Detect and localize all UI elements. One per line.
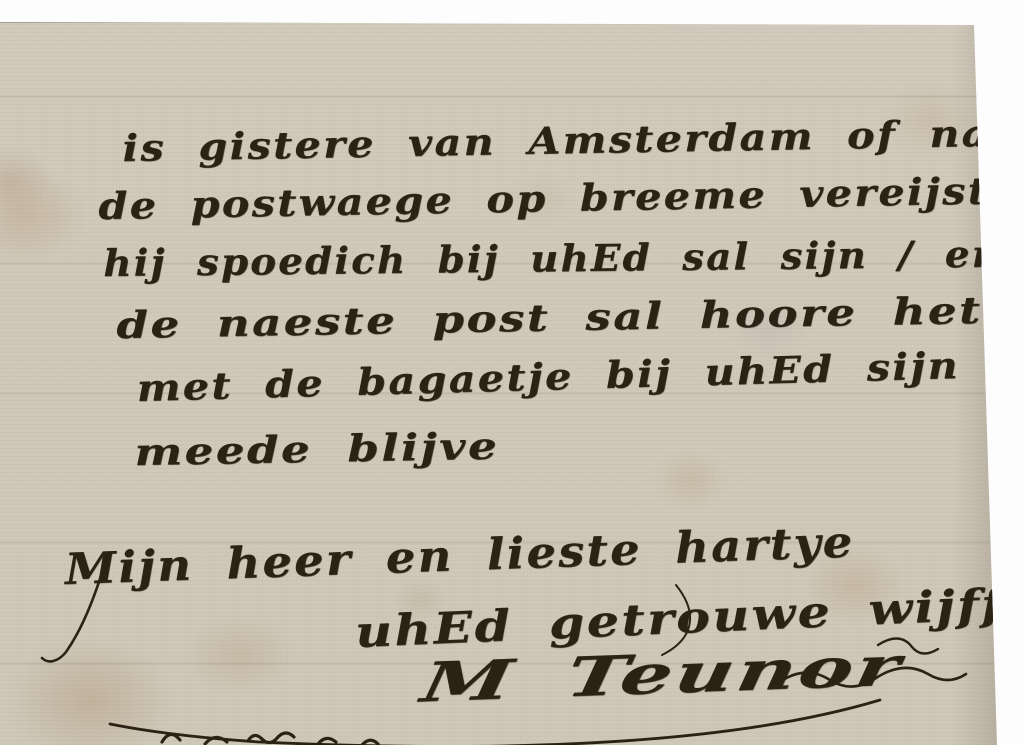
paper-top-edge [0, 21, 975, 23]
salutation-line: Mijn heer en lieste hartye [64, 517, 855, 595]
letter-line-4: de naeste post sal hoore het volck [116, 285, 1024, 347]
letter-line-1: is gistere van Amsterdam of naerde met [122, 107, 1024, 170]
letter-line-5: met de bagaetje bij uhEd sijn / waer [136, 337, 1024, 410]
letter-scan: is gistere van Amsterdam of naerde met d… [0, 0, 1024, 745]
partial-line-strokes [162, 733, 378, 745]
paper-sheet: is gistere van Amsterdam of naerde met d… [0, 0, 1024, 745]
fold-crease [0, 95, 1000, 98]
letter-line-6: meede blijve [134, 424, 499, 474]
letter-line-3: hij spoedich bij uhEd sal sijn / en ick … [103, 229, 1024, 285]
letter-line-2: de postwaege op breeme vereijst hoope [98, 165, 1024, 228]
